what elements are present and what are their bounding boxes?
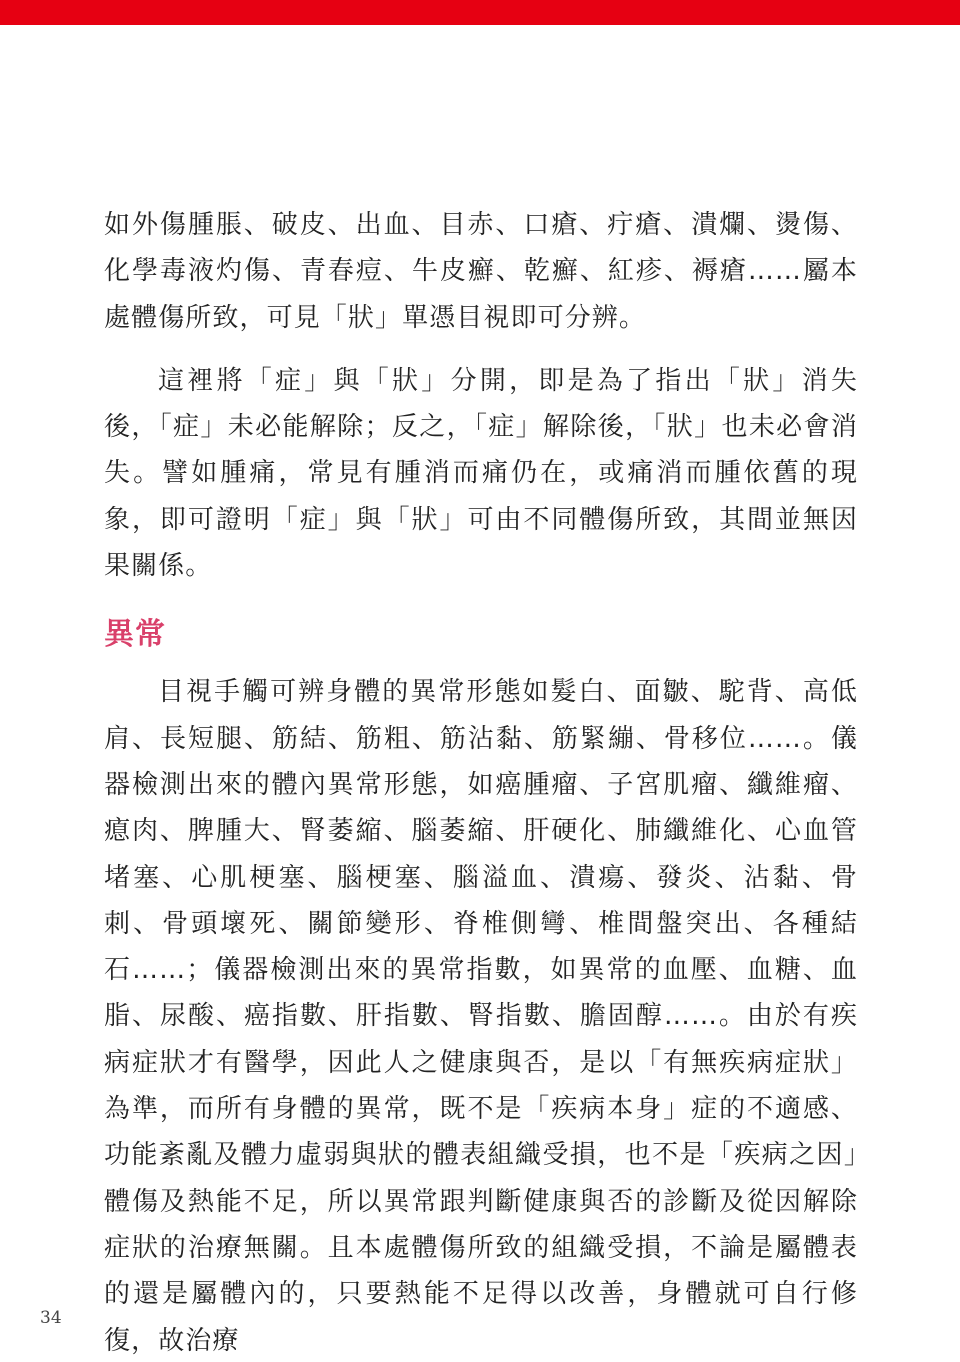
paragraph-symptom-distinction: 這裡將「症」與「狀」分開，即是為了指出「狀」消失後，「症」未必能解除；反之，「症…	[104, 358, 858, 589]
paragraph-abnormal-forms: 目視手觸可辨身體的異常形態如髮白、面皺、駝背、高低肩、長短腿、筋結、筋粗、筋沾黏…	[104, 669, 858, 1362]
paragraph-injury-examples: 如外傷腫脹、破皮、出血、目赤、口瘡、疔瘡、潰爛、燙傷、化學毒液灼傷、青春痘、牛皮…	[104, 202, 858, 341]
page-number: 34	[40, 1308, 62, 1328]
page-content: 如外傷腫脹、破皮、出血、目赤、口瘡、疔瘡、潰爛、燙傷、化學毒液灼傷、青春痘、牛皮…	[104, 202, 858, 1362]
top-accent-bar	[0, 0, 960, 25]
section-heading-abnormal: 異常	[104, 615, 858, 655]
